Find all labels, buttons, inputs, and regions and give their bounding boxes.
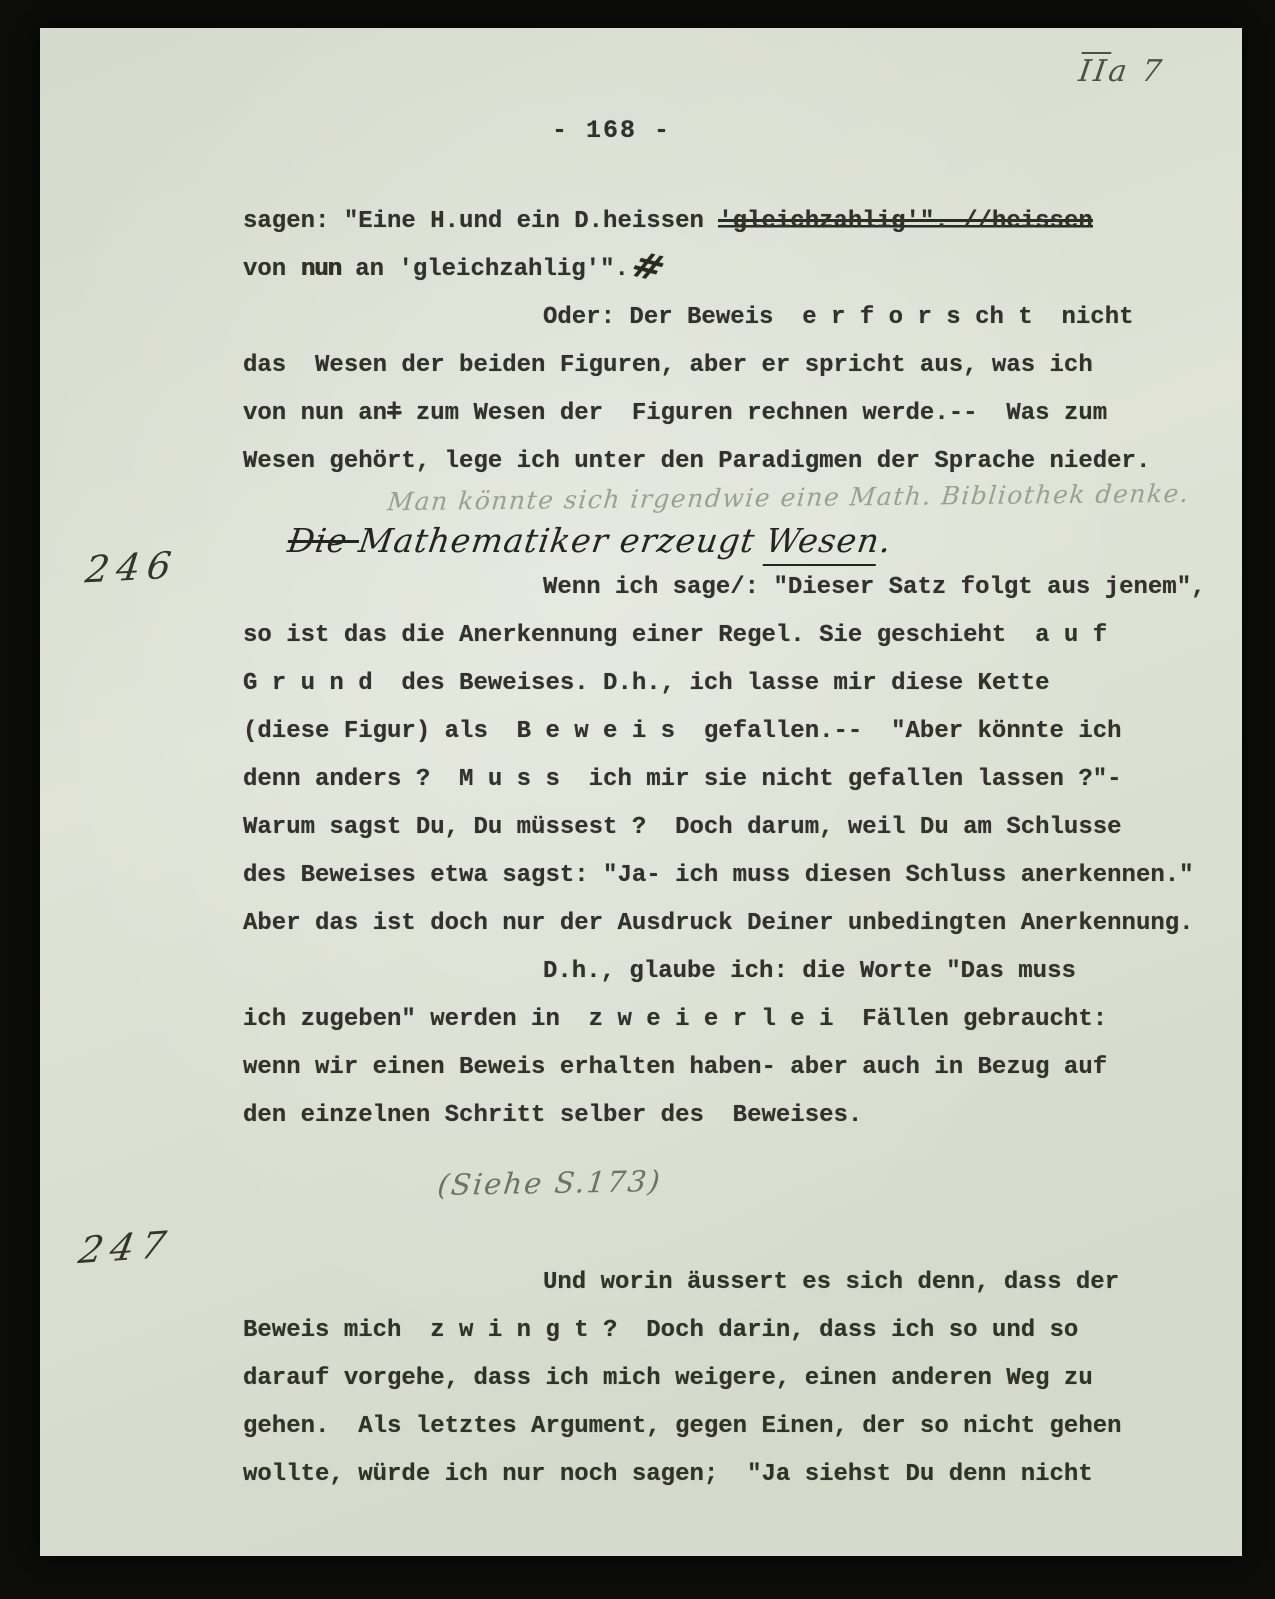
text-line: wollte, würde ich nur noch sagen; "Ja si…	[243, 1451, 1212, 1499]
handwritten-segment: Wesen	[763, 518, 883, 566]
photo-background: { "document": { "folio_mark": { "overlin…	[0, 0, 1275, 1599]
text-line: Die Mathematiker erzeugt Wesen.	[243, 518, 1212, 564]
text-segment: Warum sagst Du, Du müssest ? Doch darum,…	[243, 814, 1122, 841]
text-segment: den einzelnen Schritt selber des Beweise…	[243, 1102, 862, 1129]
text-line: so ist das die Anerkennung einer Regel. …	[243, 612, 1212, 660]
text-line: Und worin äussert es sich denn, dass der	[243, 1259, 1212, 1307]
handwritten-segment: Mathematiker erzeugt	[356, 518, 770, 564]
text-line: (Siehe S.173)	[243, 1162, 1212, 1204]
struck-text-segment: ǂ	[387, 400, 401, 427]
text-line: Beweis mich z w i n g t ? Doch darin, da…	[243, 1307, 1212, 1355]
text-segment: (diese Figur) als B e w e i s gefallen.-…	[243, 718, 1122, 745]
text-line: (diese Figur) als B e w e i s gefallen.-…	[243, 708, 1212, 756]
text-segment: das Wesen der beiden Figuren, aber er sp…	[243, 352, 1093, 379]
text-segment: wenn wir einen Beweis erhalten haben- ab…	[243, 1054, 1107, 1081]
handwritten-segment: Man könnte sich irgendwie eine Math. Bib…	[386, 474, 1192, 522]
folio-mark-roman: II	[1076, 54, 1111, 89]
text-segment: Und worin äussert es sich denn, dass der	[543, 1269, 1119, 1296]
text-segment: so ist das die Anerkennung einer Regel. …	[243, 622, 1107, 649]
text-line: D.h., glaube ich: die Worte "Das muss	[243, 948, 1212, 996]
struck-text-segment: 'gleichzahlig'". //heissen	[718, 208, 1092, 235]
text-line: Wenn ich sage/: "Dieser Satz folgt aus j…	[243, 564, 1212, 612]
text-line: Oder: Der Beweis e r f o r s ch t nicht	[243, 294, 1212, 342]
text-segment: Wesen gehört, lege ich unter den Paradig…	[243, 448, 1150, 475]
typescript-body: sagen: "Eine H.und ein D.heissen 'gleich…	[243, 198, 1212, 1499]
text-segment: von nun an	[243, 400, 387, 427]
text-line: wenn wir einen Beweis erhalten haben- ab…	[243, 1044, 1212, 1092]
text-segment: Aber das ist doch nur der Ausdruck Deine…	[243, 910, 1194, 937]
margin-remark-247: 247	[75, 1223, 176, 1272]
text-segment: des Beweises etwa sagst: "Ja- ich muss d…	[243, 862, 1194, 889]
insertion-hash-mark: #	[625, 247, 670, 287]
folio-mark: IIa 7	[1076, 54, 1166, 89]
text-line: gehen. Als letztes Argument, gegen Einen…	[243, 1403, 1212, 1451]
text-segment: ich zugeben" werden in z w e i e r l e i…	[243, 1006, 1107, 1033]
handwritten-segment: (Siehe S.173)	[436, 1160, 664, 1206]
text-segment: denn anders ? M u s s ich mir sie nicht …	[243, 766, 1122, 793]
text-line: Aber das ist doch nur der Ausdruck Deine…	[243, 900, 1212, 948]
text-segment: an 'gleichzahlig'".	[341, 256, 629, 283]
text-segment: nun	[301, 256, 341, 283]
text-line: des Beweises etwa sagst: "Ja- ich muss d…	[243, 852, 1212, 900]
text-segment: darauf vorgehe, dass ich mich weigere, e…	[243, 1365, 1093, 1392]
text-segment: G r u n d des Beweises. D.h., ich lasse …	[243, 670, 1050, 697]
page-number: - 168 -	[552, 116, 671, 145]
handwritten-segment: Die	[285, 518, 362, 564]
text-line: Warum sagst Du, Du müssest ? Doch darum,…	[243, 804, 1212, 852]
text-segment: von	[243, 256, 301, 283]
text-segment: Beweis mich z w i n g t ? Doch darin, da…	[243, 1317, 1078, 1344]
text-line: sagen: "Eine H.und ein D.heissen 'gleich…	[243, 198, 1212, 246]
text-segment: D.h., glaube ich: die Worte "Das muss	[543, 958, 1076, 985]
text-segment: gehen. Als letztes Argument, gegen Einen…	[243, 1413, 1122, 1440]
text-line: denn anders ? M u s s ich mir sie nicht …	[243, 756, 1212, 804]
manuscript-page: IIa 7 - 168 - 246 247 sagen: "Eine H.und…	[40, 28, 1242, 1556]
text-segment: Oder: Der Beweis e r f o r s ch t nicht	[543, 304, 1134, 331]
text-segment: zum Wesen der Figuren rechnen werde.-- W…	[401, 400, 1107, 427]
text-line: das Wesen der beiden Figuren, aber er sp…	[243, 342, 1212, 390]
margin-remark-246: 246	[83, 544, 181, 592]
text-line: von nun anǂ zum Wesen der Figuren rechne…	[243, 390, 1212, 438]
text-segment: Wenn ich sage/: "Dieser Satz folgt aus j…	[543, 574, 1206, 601]
text-line: darauf vorgehe, dass ich mich weigere, e…	[243, 1355, 1212, 1403]
text-line: Man könnte sich irgendwie eine Math. Bib…	[243, 478, 1212, 518]
folio-mark-suffix: a 7	[1106, 54, 1166, 89]
text-line: von nun an 'gleichzahlig'".#	[243, 246, 1212, 294]
text-line: den einzelnen Schritt selber des Beweise…	[243, 1092, 1212, 1140]
text-line: G r u n d des Beweises. D.h., ich lasse …	[243, 660, 1212, 708]
text-line: ich zugeben" werden in z w e i e r l e i…	[243, 996, 1212, 1044]
text-segment: wollte, würde ich nur noch sagen; "Ja si…	[243, 1461, 1093, 1488]
text-segment: sagen: "Eine H.und ein D.heissen	[243, 208, 718, 235]
